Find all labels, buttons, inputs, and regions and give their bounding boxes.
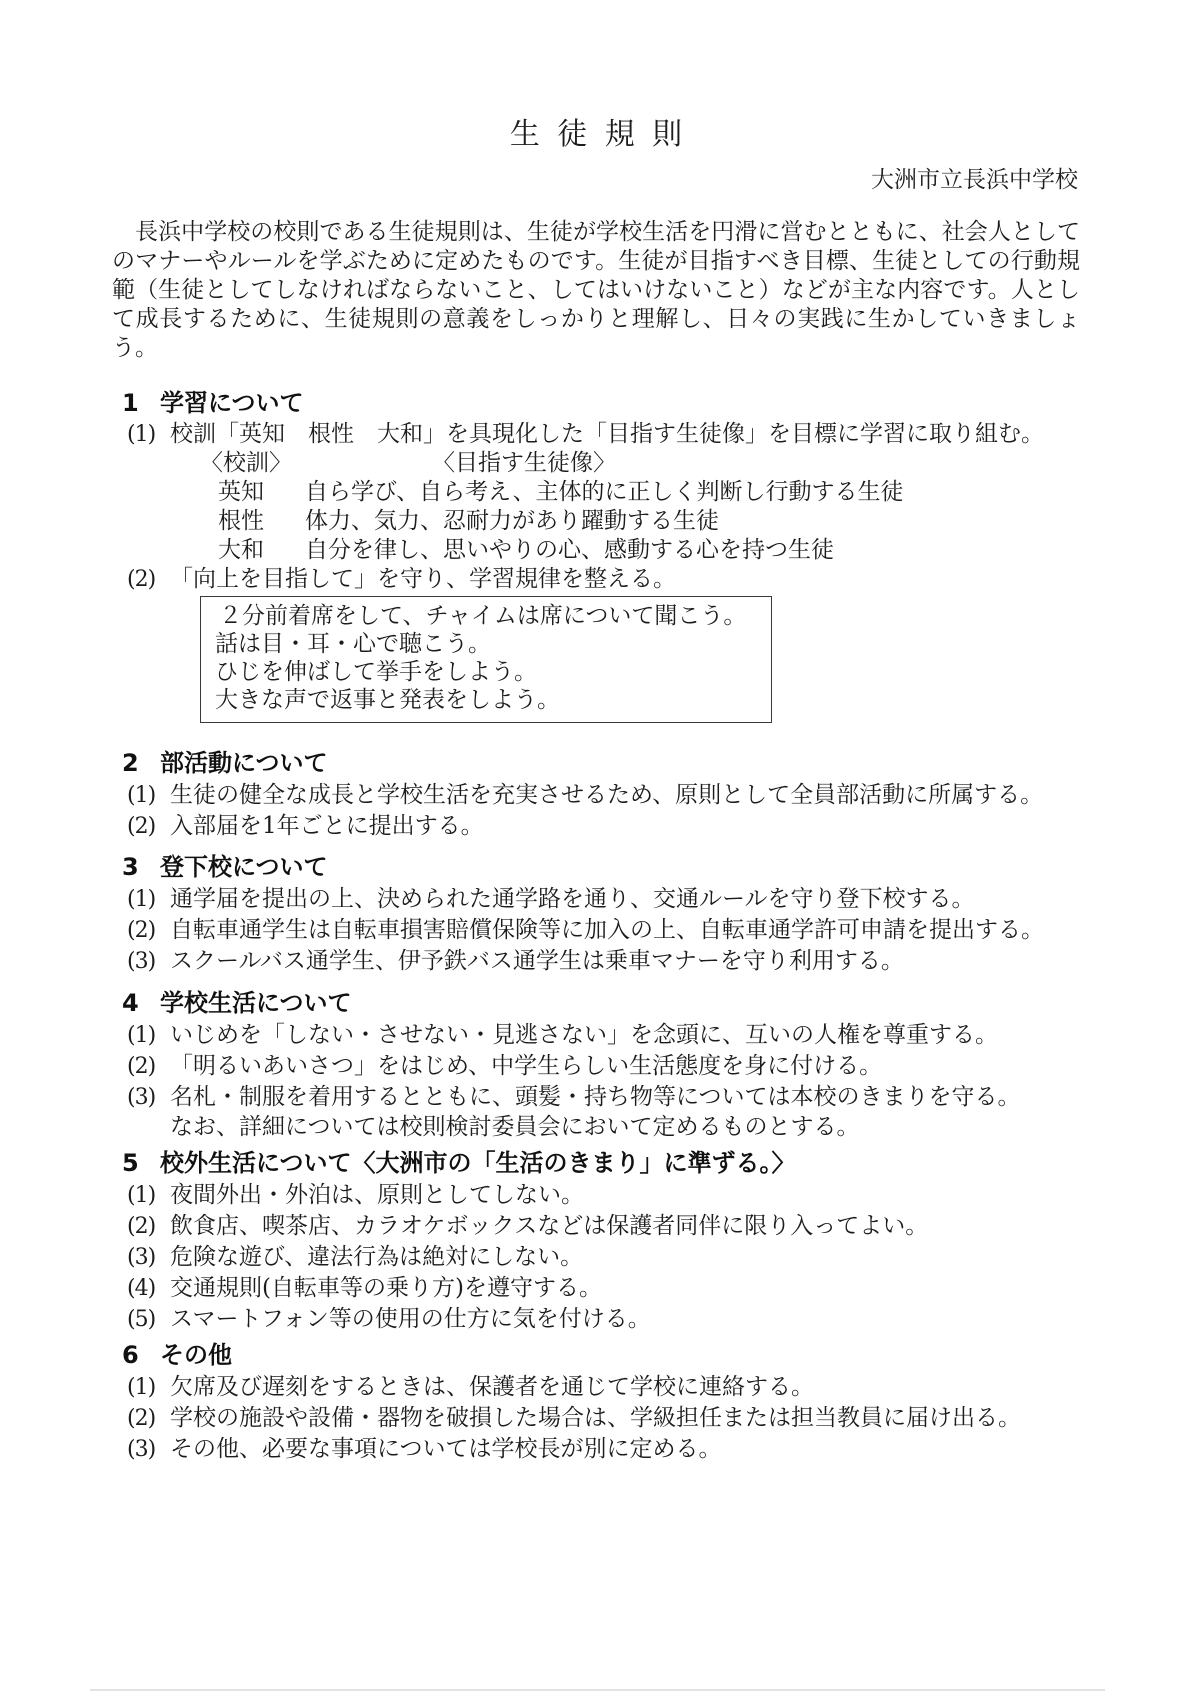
list-item: (1) 欠席及び遅刻をするときは、保護者を通じて学校に連絡する。: [112, 1372, 1080, 1403]
item-text: 通学届を提出の上、決められた通学路を通り、交通ルールを守り登下校する。: [170, 884, 1080, 914]
list-item: (2) 飲食店、喫茶店、カラオケボックスなどは保護者同伴に限り入ってよい。: [112, 1211, 1080, 1242]
section-heading: 1 学習について: [112, 388, 1080, 418]
section-heading: 5 校外生活について〈大洲市の「生活のきまり」に準ずる。〉: [112, 1148, 1080, 1178]
item-number: (3): [127, 1083, 170, 1113]
item-text: 自転車通学生は自転車損害賠償保険等に加入の上、自転車通学許可申請を提出する。: [170, 915, 1080, 945]
motto-label: 英知: [218, 478, 305, 507]
item-number: (1): [127, 1373, 170, 1403]
item-text: その他、必要な事項については学校長が別に定める。: [170, 1434, 1080, 1464]
section-heading: 4 学校生活について: [112, 988, 1080, 1018]
classroom-rules-box: ２分前着席をして、チャイムは席について聞こう。 話は目・耳・心で聴こう。 ひじを…: [200, 596, 772, 723]
section-commuting: 3 登下校について (1) 通学届を提出の上、決められた通学路を通り、交通ルール…: [112, 852, 1080, 977]
item-number: (2): [127, 1212, 170, 1242]
list-item: (4) 交通規則(自転車等の乗り方)を遵守する。: [112, 1273, 1080, 1304]
section-heading: 2 部活動について: [112, 748, 1080, 778]
item-text: 「向上を目指して」を守り、学習規律を整える。: [170, 565, 1080, 594]
item-text: 生徒の健全な成長と学校生活を充実させるため、原則として全員部活動に所属する。: [170, 780, 1080, 810]
motto-label: 大和: [218, 536, 305, 565]
rule-line: ２分前着席をして、チャイムは席について聞こう。: [215, 602, 759, 630]
item-number: (2): [127, 812, 170, 842]
list-item: (2) 学校の施設や設備・器物を破損した場合は、学級担任または担当教員に届け出る…: [112, 1403, 1080, 1434]
item-text: 「明るいあいさつ」をはじめ、中学生らしい生活態度を身に付ける。: [170, 1051, 1080, 1081]
rule-line: ひじを伸ばして挙手をしよう。: [215, 658, 759, 686]
section-number: 1: [122, 388, 160, 418]
item-number: (3): [127, 947, 170, 977]
list-item: (2) 自転車通学生は自転車損害賠償保険等に加入の上、自転車通学許可申請を提出す…: [112, 915, 1080, 946]
motto-description: 自分を律し、思いやりの心、感動する心を持つ生徒: [305, 536, 834, 565]
item-text: 交通規則(自転車等の乗り方)を遵守する。: [170, 1273, 1080, 1303]
item-text: 夜間外出・外泊は、原則としてしない。: [170, 1180, 1080, 1210]
list-item: (1) いじめを「しない・させない・見逃さない」を念頭に、互いの人権を尊重する。: [112, 1020, 1080, 1051]
item-number: (1): [127, 885, 170, 915]
section-title: 学習について: [160, 388, 304, 418]
document-title: 生徒規則: [112, 118, 1080, 152]
section-number: 3: [122, 852, 160, 882]
section-outside-school-life: 5 校外生活について〈大洲市の「生活のきまり」に準ずる。〉 (1) 夜間外出・外…: [112, 1148, 1080, 1335]
item-number: (2): [127, 1052, 170, 1082]
item-number: (3): [127, 1435, 170, 1465]
section-number: 4: [122, 988, 160, 1018]
section-number: 5: [122, 1148, 160, 1178]
list-item: (2) 「向上を目指して」を守り、学習規律を整える。: [112, 565, 1080, 594]
document-page: 生徒規則 大洲市立長浜中学校 長浜中学校の校則である生徒規則は、生徒が学校生活を…: [0, 0, 1200, 1698]
list-item: (3) 危険な遊び、違法行為は絶対にしない。: [112, 1242, 1080, 1273]
item-number: (2): [127, 916, 170, 946]
item-text: 入部届を1年ごとに提出する。: [170, 811, 1080, 841]
school-name: 大洲市立長浜中学校: [112, 166, 1078, 195]
item-text: 飲食店、喫茶店、カラオケボックスなどは保護者同伴に限り入ってよい。: [170, 1211, 1080, 1241]
item-number: (5): [127, 1305, 170, 1335]
section-title: 校外生活について〈大洲市の「生活のきまり」に準ずる。〉: [160, 1148, 796, 1178]
item-number: (2): [127, 565, 170, 594]
intro-paragraph: 長浜中学校の校則である生徒規則は、生徒が学校生活を円滑に営むとともに、社会人とし…: [112, 218, 1080, 363]
list-item: (2) 入部届を1年ごとに提出する。: [112, 811, 1080, 842]
list-item: (3) スクールバス通学生、伊予鉄バス通学生は乗車マナーを守り利用する。: [112, 946, 1080, 977]
motto-row: 根性 体力、気力、忍耐力があり躍動する生徒: [112, 507, 1080, 536]
item-number: (2): [127, 1404, 170, 1434]
section-learning: 1 学習について (1) 校訓「英知 根性 大和」を具現化した「目指す生徒像」を…: [112, 388, 1080, 723]
motto-header-left: 〈校訓〉: [200, 449, 432, 478]
section-school-life: 4 学校生活について (1) いじめを「しない・させない・見逃さない」を念頭に、…: [112, 988, 1080, 1142]
section-title: 学校生活について: [160, 988, 352, 1018]
list-item: (1) 生徒の健全な成長と学校生活を充実させるため、原則として全員部活動に所属す…: [112, 780, 1080, 811]
section-title: 登下校について: [160, 852, 328, 882]
list-item: (2) 「明るいあいさつ」をはじめ、中学生らしい生活態度を身に付ける。: [112, 1051, 1080, 1082]
list-item: (5) スマートフォン等の使用の仕方に気を付ける。: [112, 1304, 1080, 1335]
section-heading: 3 登下校について: [112, 852, 1080, 882]
rule-line: 大きな声で返事と発表をしよう。: [215, 686, 759, 714]
item-number: (3): [127, 1243, 170, 1273]
list-item: (3) 名札・制服を着用するとともに、頭髪・持ち物等については本校のきまりを守る…: [112, 1082, 1080, 1142]
list-item: (1) 通学届を提出の上、決められた通学路を通り、交通ルールを守り登下校する。: [112, 884, 1080, 915]
item-number: (1): [127, 1021, 170, 1051]
item-text: 名札・制服を着用するとともに、頭髪・持ち物等については本校のきまりを守る。 なお…: [170, 1082, 1080, 1142]
section-others: 6 その他 (1) 欠席及び遅刻をするときは、保護者を通じて学校に連絡する。 (…: [112, 1340, 1080, 1465]
section-title: 部活動について: [160, 748, 328, 778]
section-heading: 6 その他: [112, 1340, 1080, 1370]
item-text: スマートフォン等の使用の仕方に気を付ける。: [170, 1304, 1080, 1334]
motto-row: 大和 自分を律し、思いやりの心、感動する心を持つ生徒: [112, 536, 1080, 565]
item-text: スクールバス通学生、伊予鉄バス通学生は乗車マナーを守り利用する。: [170, 946, 1080, 976]
scan-artifact-line: [90, 1689, 1105, 1691]
list-item: (1) 校訓「英知 根性 大和」を具現化した「目指す生徒像」を目標に学習に取り組…: [112, 420, 1080, 449]
list-item: (1) 夜間外出・外泊は、原則としてしない。: [112, 1180, 1080, 1211]
section-number: 2: [122, 748, 160, 778]
motto-description: 体力、気力、忍耐力があり躍動する生徒: [305, 507, 719, 536]
motto-label: 根性: [218, 507, 305, 536]
list-item: (3) その他、必要な事項については学校長が別に定める。: [112, 1434, 1080, 1465]
item-text-line: 名札・制服を着用するとともに、頭髪・持ち物等については本校のきまりを守る。: [170, 1082, 1080, 1112]
item-text-continuation: なお、詳細については校則検討委員会において定めるものとする。: [170, 1112, 1080, 1142]
item-text: 欠席及び遅刻をするときは、保護者を通じて学校に連絡する。: [170, 1372, 1080, 1402]
item-text: 学校の施設や設備・器物を破損した場合は、学級担任または担当教員に届け出る。: [170, 1403, 1080, 1433]
item-text: いじめを「しない・させない・見逃さない」を念頭に、互いの人権を尊重する。: [170, 1020, 1080, 1050]
motto-header-right: 〈目指す生徒像〉: [432, 449, 616, 478]
rule-line: 話は目・耳・心で聴こう。: [215, 630, 759, 658]
item-number: (4): [127, 1274, 170, 1304]
motto-row: 英知 自ら学び、自ら考え、主体的に正しく判断し行動する生徒: [112, 478, 1080, 507]
item-number: (1): [127, 1181, 170, 1211]
section-club-activities: 2 部活動について (1) 生徒の健全な成長と学校生活を充実させるため、原則とし…: [112, 748, 1080, 842]
section-title: その他: [160, 1340, 232, 1370]
section-number: 6: [122, 1340, 160, 1370]
item-text: 危険な遊び、違法行為は絶対にしない。: [170, 1242, 1080, 1272]
motto-description: 自ら学び、自ら考え、主体的に正しく判断し行動する生徒: [305, 478, 903, 507]
item-number: (1): [127, 781, 170, 811]
motto-header: 〈校訓〉 〈目指す生徒像〉: [112, 449, 1080, 478]
item-text: 校訓「英知 根性 大和」を具現化した「目指す生徒像」を目標に学習に取り組む。: [170, 420, 1080, 449]
item-number: (1): [127, 420, 170, 449]
